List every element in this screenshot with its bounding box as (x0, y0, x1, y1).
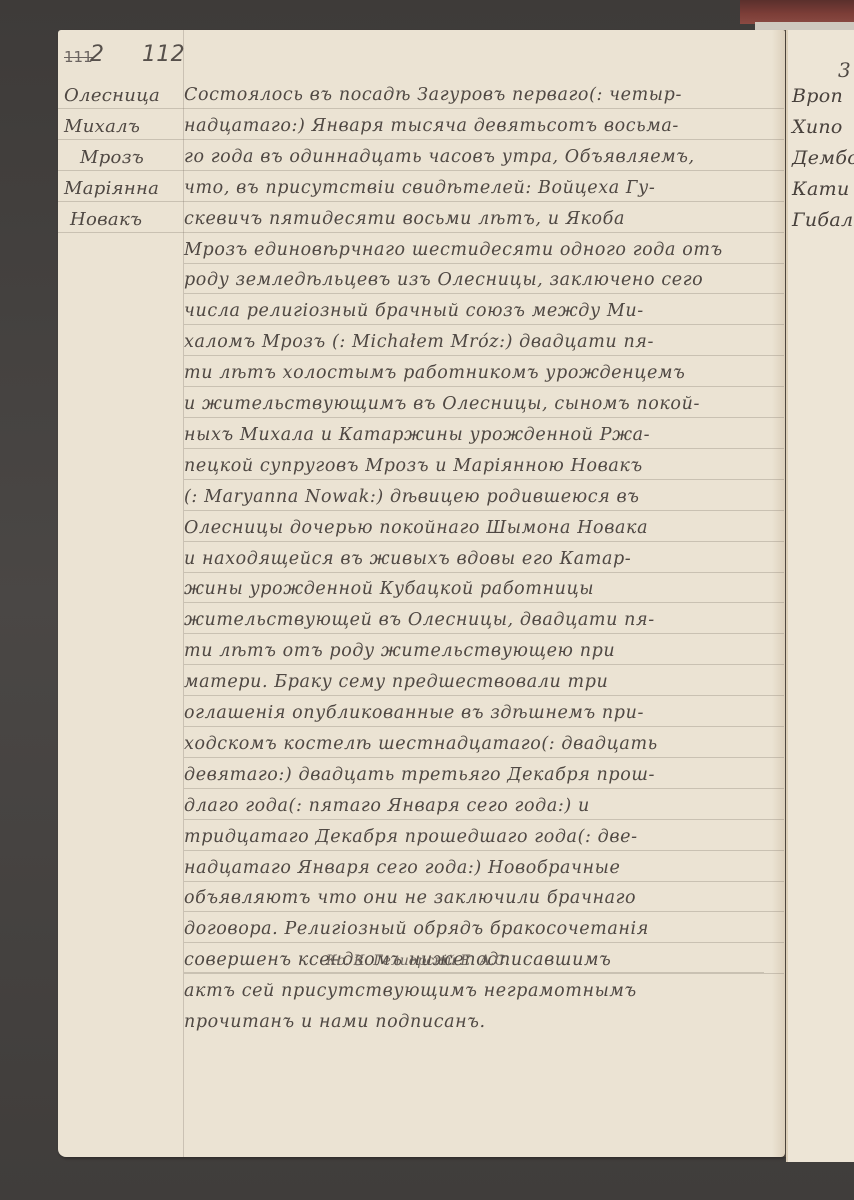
margin-place-name: Олесница (64, 85, 179, 106)
right-margin-name: Кати (792, 178, 850, 200)
binding-edge (755, 22, 854, 30)
entry-line: числа религіозный брачный союзъ между Ми… (184, 301, 644, 321)
entry-line: ти лѣтъ отъ роду жительствующею при (184, 641, 615, 661)
entry-line: Олесницы дочерью покойнаго Шымона Новака (184, 518, 648, 538)
rule-line (184, 386, 784, 387)
entry-line: и находящейся въ живыхъ вдовы его Катар- (184, 549, 631, 569)
rule-line (58, 232, 784, 233)
entry-line: Состоялось въ посадѣ Загуровъ перваго(: … (184, 85, 682, 105)
entry-line: надцатаго Января сего года:) Новобрачные (184, 858, 620, 878)
margin-bride-first-name: Маріянна (64, 178, 179, 199)
margin-bride-surname: Новакъ (70, 209, 185, 230)
entry-line: (: Maryanna Nowak:) дѣвицею родившеюся в… (184, 487, 640, 507)
entry-line: жины урожденной Кубацкой работницы (184, 579, 594, 599)
margin-groom-first-name: Михалъ (64, 116, 179, 137)
entry-line: прочитанъ и нами подписанъ. (184, 1012, 486, 1032)
rule-line (58, 201, 784, 202)
entry-line: жительствующей въ Олесницы, двадцати пя- (184, 610, 655, 630)
entry-line: ти лѣтъ холостымъ работникомъ урожденцем… (184, 363, 685, 383)
entry-line: Мрозъ единовѣрчнаго шестидесяти одного г… (184, 240, 723, 260)
right-margin-name: Дембо (792, 147, 854, 169)
rule-line (184, 572, 784, 573)
entry-line: и жительствующимъ въ Олесницы, сыномъ по… (184, 394, 700, 414)
entry-line: тридцатаго Декабря прошедшаго года(: две… (184, 827, 638, 847)
entry-line: ходскомъ костелѣ шестнадцатаго(: двадцат… (184, 734, 658, 754)
rule-line (184, 942, 784, 943)
right-margin-name: Вроп (792, 85, 843, 107)
entry-line: объявляютъ что они не заключили брачнаго (184, 888, 636, 908)
right-margin-name: Хипо (792, 116, 843, 138)
entry-line: оглашенія опубликованные въ здѣшнемъ при… (184, 703, 644, 723)
rule-line (184, 417, 784, 418)
entry-line: что, въ присутствіи свидѣтелей: Войцеха … (184, 178, 655, 198)
rule-line (58, 170, 784, 171)
entry-line: надцатаго:) Января тысяча девятьсотъ вос… (184, 116, 679, 136)
right-margin-name: Гибал (792, 209, 853, 231)
rule-line (58, 108, 784, 109)
rule-line (184, 819, 784, 820)
entry-line: роду земледѣльцевъ изъ Олесницы, заключе… (184, 270, 703, 290)
rule-line (184, 324, 784, 325)
rule-line (184, 448, 784, 449)
rule-line (184, 881, 784, 882)
entry-line: договора. Религіозный обрядъ бракосочета… (184, 919, 649, 939)
margin-groom-surname: Мрозъ (80, 147, 195, 168)
rule-line (184, 664, 784, 665)
rule-line (184, 355, 784, 356)
rule-line (184, 510, 784, 511)
page-gutter (772, 30, 786, 1157)
entry-number: 2 (90, 42, 104, 67)
rule-line (184, 726, 784, 727)
rule-line (58, 139, 784, 140)
entry-line: го года въ одиннадцать часовъ утра, Объя… (184, 147, 695, 167)
rule-line (184, 293, 784, 294)
page-number: 112 (142, 42, 185, 67)
signature-rule-line (184, 972, 764, 973)
rule-line (184, 633, 784, 634)
entry-line: халомъ Мрозъ (: Michałem Mróz:) двадцати… (184, 332, 654, 352)
entry-line: ныхъ Михала и Катаржины урожденной Ржа- (184, 425, 650, 445)
entry-line: матери. Браку сему предшествовали три (184, 672, 608, 692)
entry-line: пецкой супруговъ Мрозъ и Маріянною Новак… (184, 456, 643, 476)
rule-line (184, 263, 784, 264)
rule-line (184, 695, 784, 696)
rule-line (184, 479, 784, 480)
priest-signature: Кс. К. Гелиорскій Е. А.С. (326, 953, 510, 969)
rule-line (184, 850, 784, 851)
struck-page-number: 111 (64, 48, 93, 66)
entry-line: скевичъ пятидесяти восьми лѣтъ, и Якоба (184, 209, 625, 229)
rule-line (184, 757, 784, 758)
right-page-number: 3 (838, 58, 851, 82)
entry-line: актъ сей присутствующимъ неграмотнымъ (184, 981, 637, 1001)
entry-line: длаго года(: пятаго Января сего года:) и (184, 796, 590, 816)
rule-line (184, 973, 784, 974)
rule-line (184, 911, 784, 912)
book-binding (740, 0, 854, 24)
rule-line (184, 602, 784, 603)
entry-line: девятаго:) двадцать третьяго Декабря про… (184, 765, 655, 785)
rule-line (184, 788, 784, 789)
rule-line (184, 541, 784, 542)
